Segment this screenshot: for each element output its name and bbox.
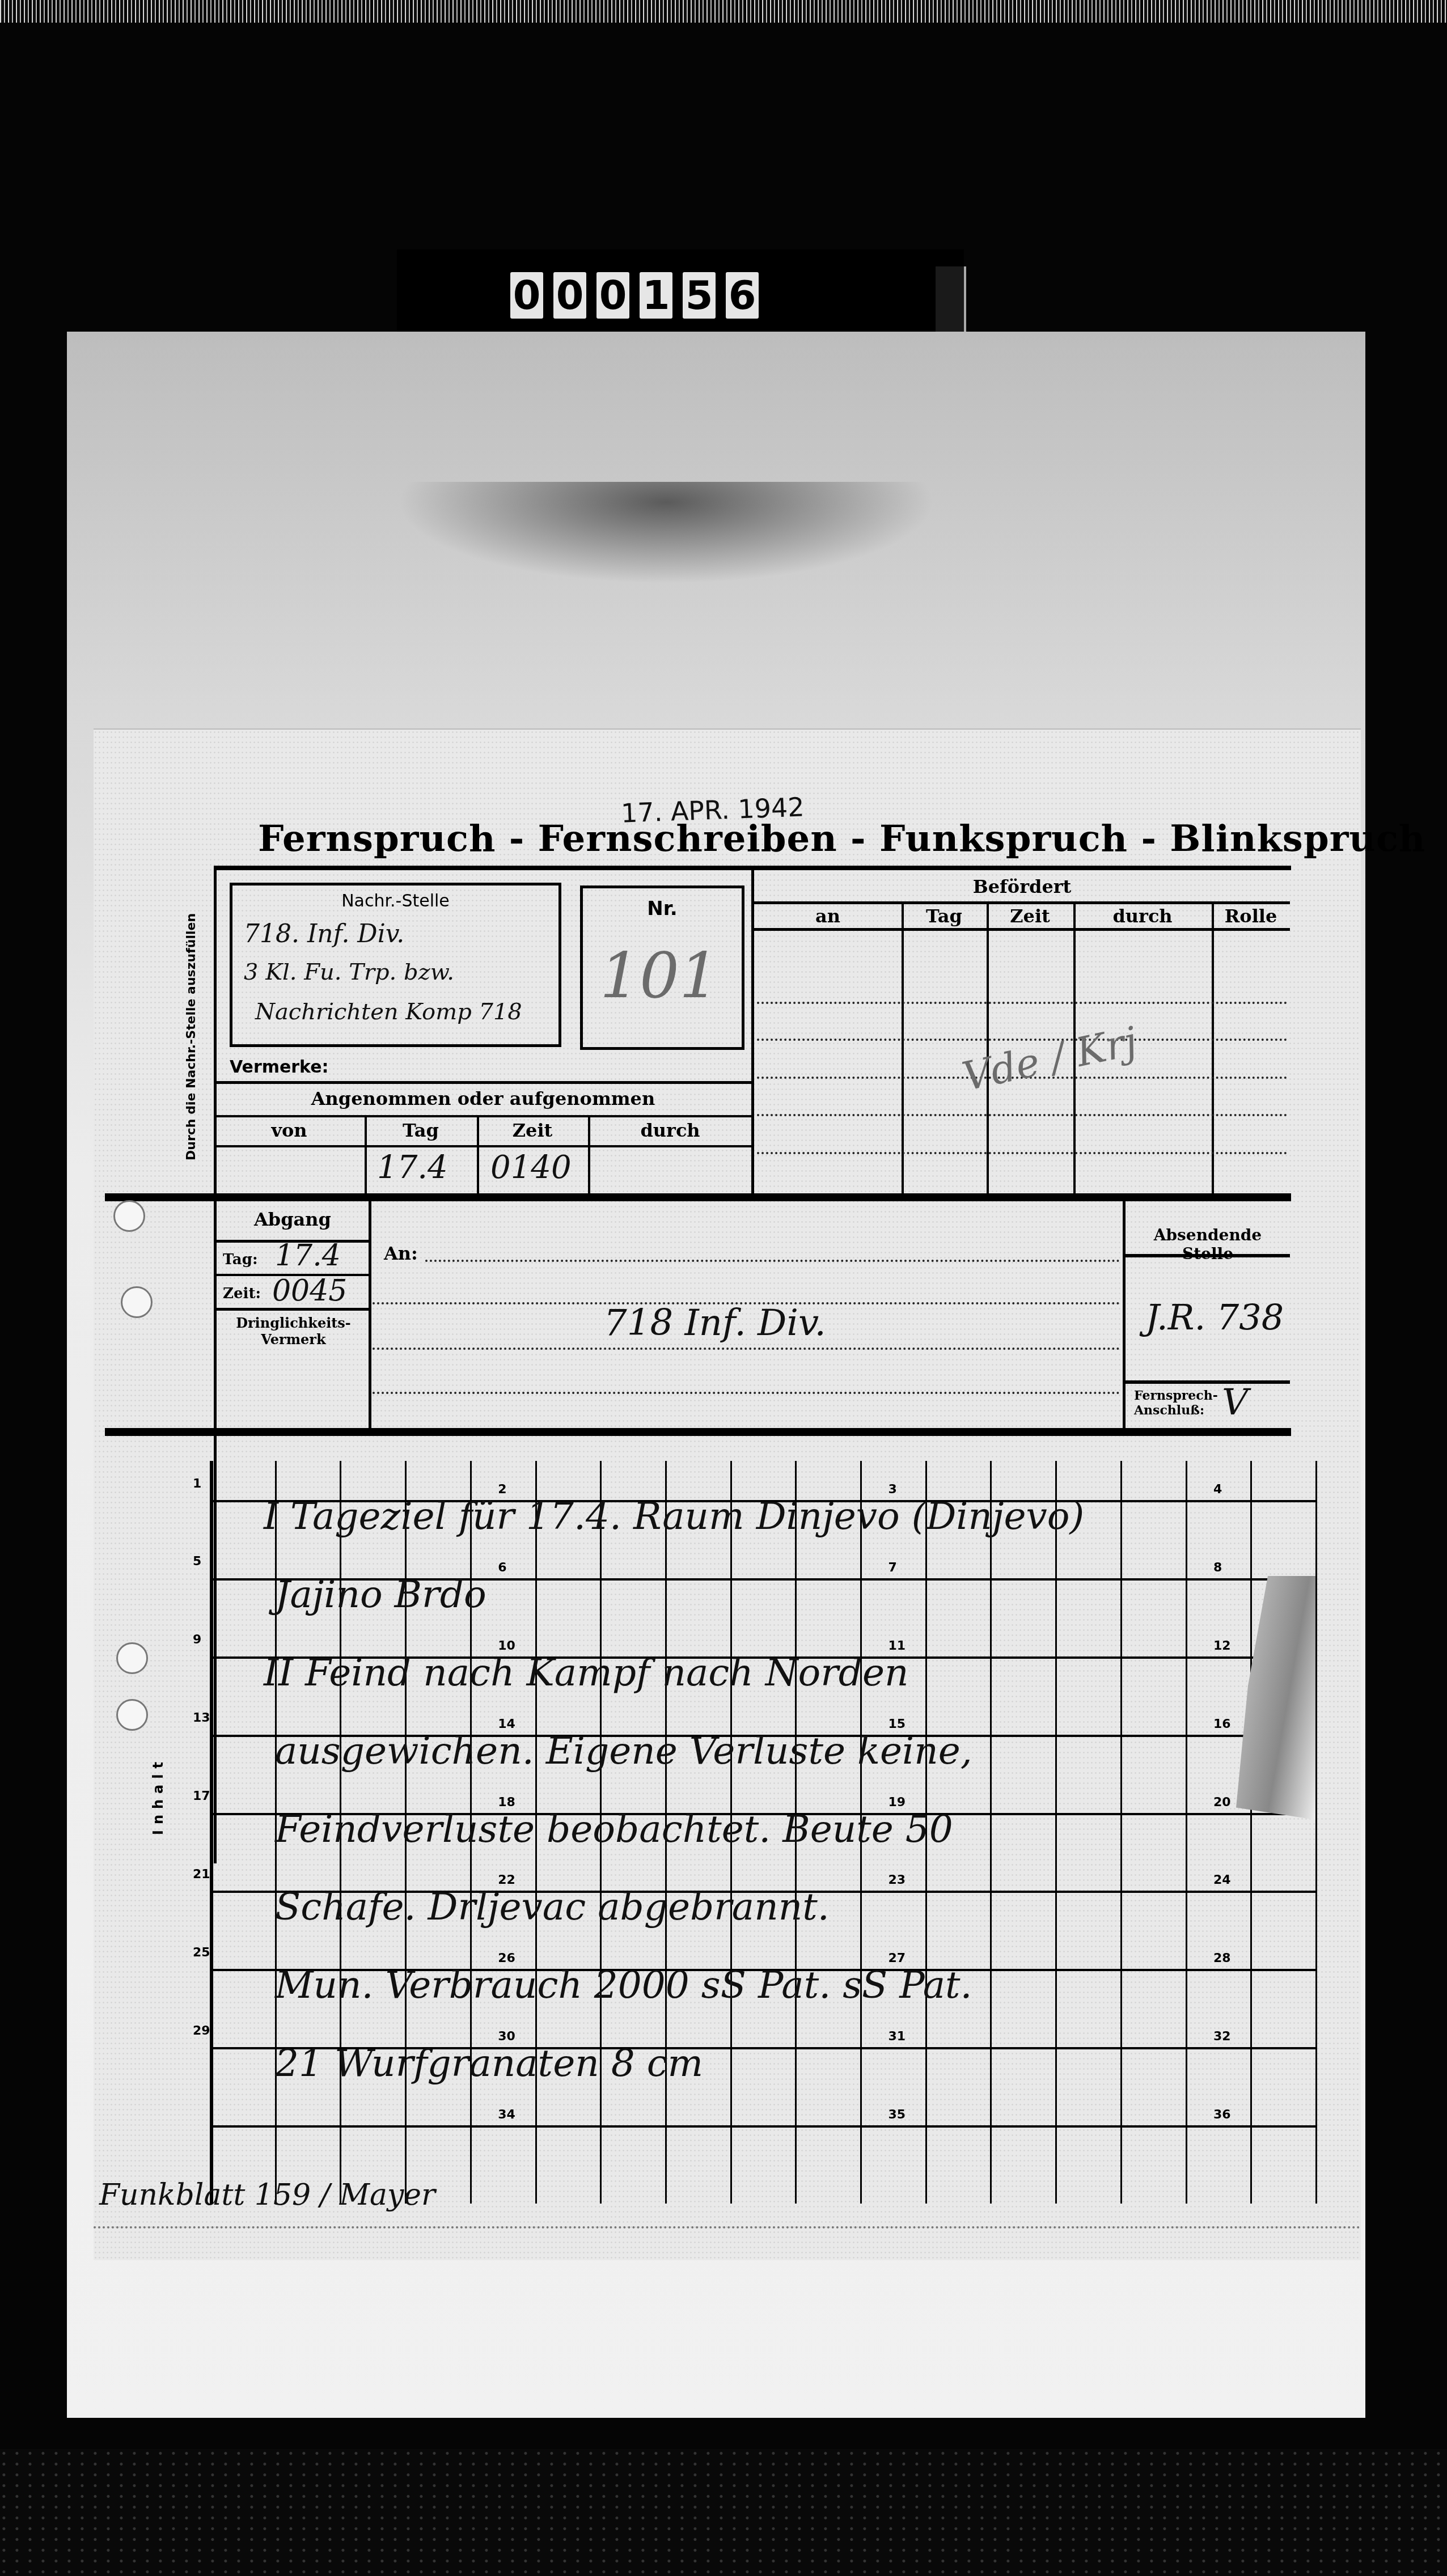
cell-number: 4 xyxy=(1213,1482,1222,1497)
cell-number: 34 xyxy=(498,2108,515,2122)
form-title: Fernspruch - Fernschreiben - Funkspruch … xyxy=(258,817,1425,860)
abgang-zeit-label: Zeit: xyxy=(223,1285,261,1302)
message-line: ausgewichen. Eigene Verluste keine, xyxy=(275,1729,972,1773)
film-base xyxy=(0,2449,1447,2576)
col-tag: Tag xyxy=(365,1120,477,1141)
counter-digit: 6 xyxy=(726,272,759,319)
punch-hole xyxy=(113,1200,145,1232)
message-form: 17. APR. 1942 Fernspruch - Fernschreiben… xyxy=(94,728,1361,2260)
footer-note: Funkblatt 159 / Mayer xyxy=(99,2178,435,2212)
cell-number: 12 xyxy=(1213,1639,1231,1653)
abgang-tag-value: 17.4 xyxy=(275,1239,341,1273)
row-number: 5 xyxy=(193,1554,201,1569)
punch-hole xyxy=(116,1642,148,1674)
absendende-stelle-value: J.R. 738 xyxy=(1145,1297,1284,1338)
row-number: 13 xyxy=(193,1711,210,1725)
col-von: von xyxy=(214,1120,365,1141)
side-note: Durch die Nachr.-Stelle auszufüllen xyxy=(184,913,198,1160)
frame-counter: 000156 xyxy=(510,272,759,319)
abgang-zeit-value: 0045 xyxy=(272,1274,347,1308)
punch-hole xyxy=(116,1699,148,1731)
message-line: Mun. Verbrauch 2000 sS Pat. sS Pat. xyxy=(275,1963,972,2007)
befoerdert-label: Befördert xyxy=(754,876,1290,897)
counter-digit: 0 xyxy=(596,272,629,319)
col-rolle: Rolle xyxy=(1212,905,1290,927)
nr-value: 101 xyxy=(600,939,719,1012)
an-value: 718 Inf. Div. xyxy=(604,1302,826,1344)
row-number: 9 xyxy=(193,1633,201,1647)
row-number: 1 xyxy=(193,1477,201,1491)
col-tag: Tag xyxy=(902,905,987,927)
cell-number: 16 xyxy=(1213,1717,1231,1731)
row-number: 17 xyxy=(193,1789,210,1803)
clip-shadow xyxy=(397,482,936,584)
message-line: 21 Wurfgranaten 8 cm xyxy=(275,2041,703,2085)
nachr-stelle-label: Nachr.-Stelle xyxy=(232,891,559,911)
cell-number: 7 xyxy=(888,1561,896,1575)
cell-number: 28 xyxy=(1213,1951,1231,1965)
cell-number: 35 xyxy=(888,2108,906,2122)
counter-digit: 0 xyxy=(553,272,586,319)
inhalt-label: Inhalt xyxy=(150,1756,166,1835)
col-zeit: Zeit xyxy=(987,905,1073,927)
nachr-stelle-line: Nachrichten Komp 718 xyxy=(255,999,522,1025)
cell-number: 31 xyxy=(888,2030,906,2044)
row-number: 21 xyxy=(193,1867,210,1882)
nachr-stelle-line: 3 Kl. Fu. Trp. bzw. xyxy=(244,959,454,985)
row-number: 29 xyxy=(193,2024,210,2038)
cell-number: 32 xyxy=(1213,2030,1231,2044)
dringlichkeit-label: Dringlichkeits-Vermerk xyxy=(224,1315,363,1348)
message-line: II Feind nach Kampf nach Norden xyxy=(264,1651,909,1694)
abgang-tag-label: Tag: xyxy=(223,1251,257,1268)
angenommen-label: Angenommen oder aufgenommen xyxy=(214,1088,752,1109)
counter-digit: 0 xyxy=(510,272,543,319)
angenommen-tag-value: 17.4 xyxy=(377,1149,448,1186)
col-durch: durch xyxy=(588,1120,752,1141)
film-edge xyxy=(0,0,1447,23)
cell-number: 36 xyxy=(1213,2108,1231,2122)
cell-number: 6 xyxy=(498,1561,506,1575)
nachr-stelle-line: 718. Inf. Div. xyxy=(244,920,404,948)
cell-number: 8 xyxy=(1213,1561,1222,1575)
counter-digit: 5 xyxy=(683,272,716,319)
cell-number: 23 xyxy=(888,1873,906,1887)
absendende-stelle-label: Absendende Stelle xyxy=(1126,1226,1290,1263)
cell-number: 20 xyxy=(1213,1795,1231,1810)
message-line: Feindverluste beobachtet. Beute 50 xyxy=(275,1807,953,1851)
counter-digit: 1 xyxy=(640,272,672,319)
an-label: An: xyxy=(384,1243,418,1264)
punch-hole xyxy=(121,1286,153,1318)
message-line: I Tageziel für 17.4. Raum Dinjevo (Dinje… xyxy=(264,1494,1084,1538)
message-line: Schafe. Drljevac abgebrannt. xyxy=(275,1885,830,1929)
message-line: Jajino Brdo xyxy=(275,1573,486,1616)
cell-number: 24 xyxy=(1213,1873,1231,1887)
nachr-stelle-box: Nachr.-Stelle 718. Inf. Div. 3 Kl. Fu. T… xyxy=(230,883,561,1047)
nr-box: Nr. 101 xyxy=(580,885,744,1050)
vermerke-label: Vermerke: xyxy=(230,1057,329,1077)
befoerdert-signature: Vde / Krj xyxy=(958,1018,1141,1100)
angenommen-zeit-value: 0140 xyxy=(490,1149,572,1186)
fernsprech-value: V xyxy=(1222,1382,1248,1423)
row-number: 25 xyxy=(193,1946,210,1960)
fernsprech-label: Fernsprech-Anschluß: xyxy=(1134,1388,1219,1418)
nr-label: Nr. xyxy=(583,897,742,920)
col-durch: durch xyxy=(1073,905,1212,927)
col-zeit: Zeit xyxy=(477,1120,588,1141)
col-an: an xyxy=(754,905,902,927)
abgang-label: Abgang xyxy=(217,1209,369,1230)
